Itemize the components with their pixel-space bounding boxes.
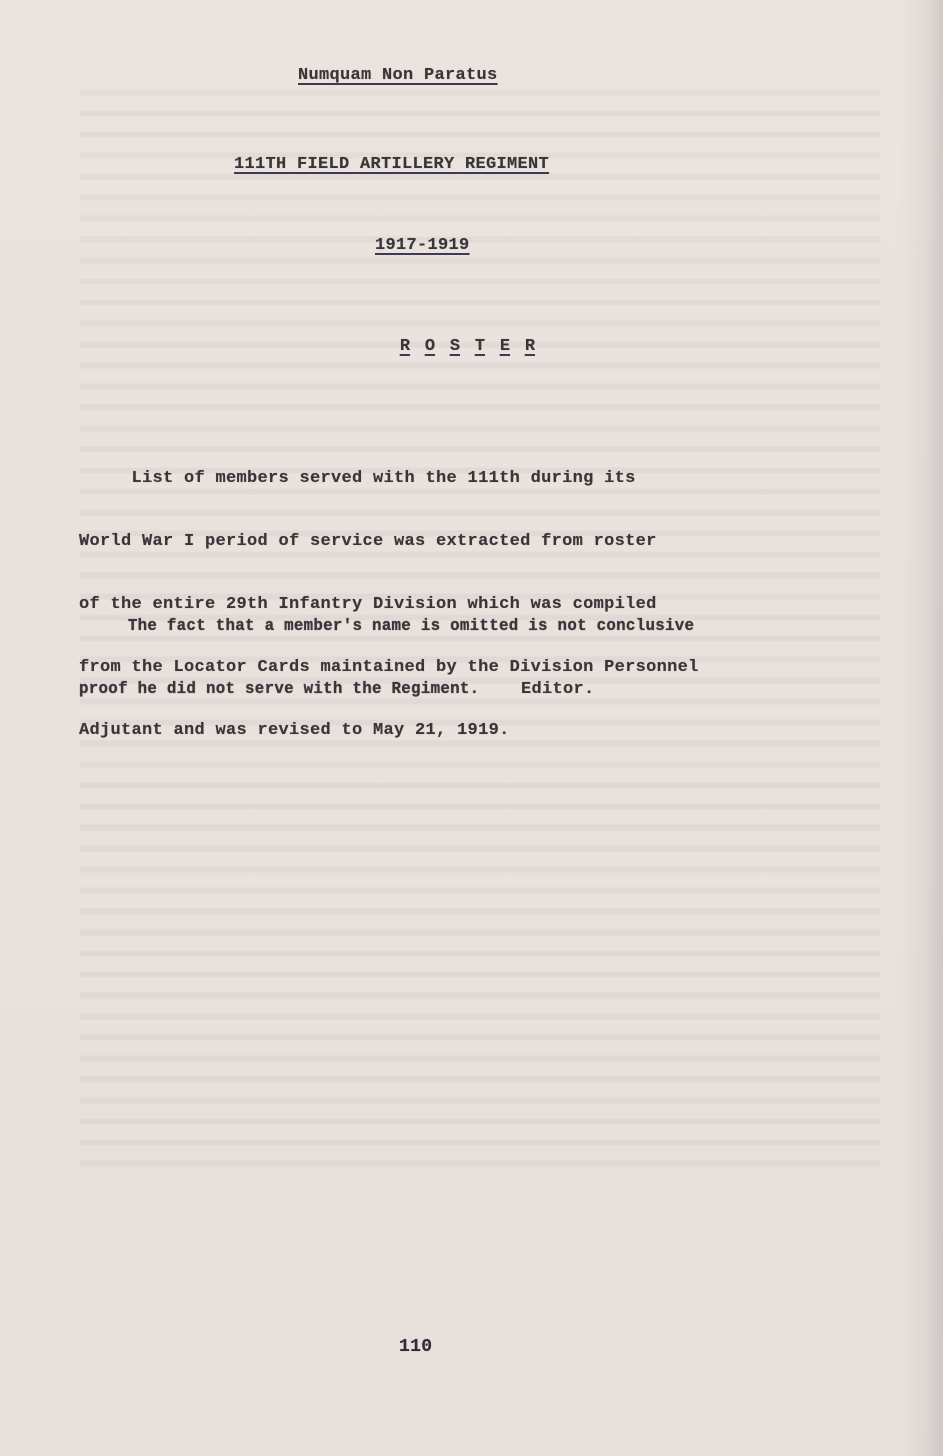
roster-letter: S	[450, 337, 475, 356]
paragraph-line: proof he did not serve with the Regiment…	[79, 679, 694, 700]
roster-letter: R	[400, 337, 425, 356]
years-heading: 1917-1919	[375, 236, 470, 255]
editor-signature: Editor.	[521, 680, 595, 699]
document-page: Numquam Non Paratus 111TH FIELD ARTILLER…	[0, 0, 943, 1456]
roster-letter: T	[475, 337, 500, 356]
paragraph-line: The fact that a member's name is omitted…	[79, 616, 694, 637]
paragraph-line: List of members served with the 111th du…	[79, 468, 699, 489]
roster-letter: R	[525, 337, 550, 356]
paragraph-line: World War I period of service was extrac…	[79, 531, 699, 552]
motto-heading: Numquam Non Paratus	[298, 66, 498, 85]
roster-letter: O	[425, 337, 450, 356]
page-number: 110	[399, 1337, 432, 1357]
unit-title: 111TH FIELD ARTILLERY REGIMENT	[234, 155, 549, 174]
disclaimer-paragraph: The fact that a member's name is omitted…	[79, 574, 694, 742]
roster-title: ROSTER	[359, 318, 550, 375]
roster-letter: E	[500, 337, 525, 356]
